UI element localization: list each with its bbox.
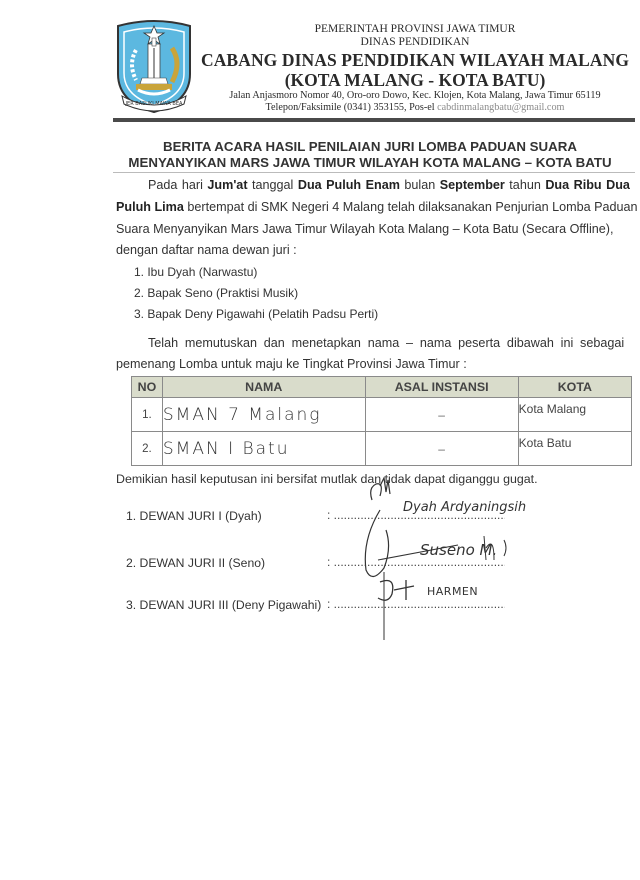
signature-jury-1: Dyah Ardyaningsih — [403, 500, 526, 515]
letterhead-contact: Telepon/Faksimile (0341) 353155, Pos-el … — [200, 102, 630, 113]
contact-email: cabdinmalangbatu@gmail.com — [437, 102, 564, 113]
cell-asal: – — [365, 398, 518, 432]
cell-nama-handwritten: SMAN 7 Malang — [162, 398, 365, 432]
header-no: NO — [132, 377, 163, 398]
table-header-row: NO NAMA ASAL INSTANSI KOTA — [132, 377, 632, 398]
letterhead-address: Jalan Anjasmoro Nomor 40, Oro-oro Dowo, … — [200, 90, 630, 101]
winners-table: NO NAMA ASAL INSTANSI KOTA 1. SMAN 7 Mal… — [131, 376, 632, 466]
document-title-line-2: MENYANYIKAN MARS JAWA TIMUR WILAYAH KOTA… — [100, 155, 640, 170]
signature-label-jury-3: 3. DEWAN JURI III (Deny Pigawahi) — [126, 598, 321, 612]
signature-jury-2: Suseno M. — [420, 541, 497, 559]
cell-no: 1. — [132, 398, 163, 432]
closing-statement: Demikian hasil keputusan ini bersifat mu… — [116, 472, 538, 486]
document-page: JER BASUKI MAWA BEA PEMERINTAH PROVINSI … — [0, 0, 640, 880]
header-asal-instansi: ASAL INSTANSI — [365, 377, 518, 398]
cell-kota: Kota Batu — [518, 432, 631, 466]
title-divider — [113, 172, 635, 173]
signature-label-jury-2: 2. DEWAN JURI II (Seno) — [126, 556, 265, 570]
table-row: 2. SMAN I Batu – Kota Batu — [132, 432, 632, 466]
letterhead-branch: CABANG DINAS PENDIDIKAN WILAYAH MALANG — [200, 50, 630, 71]
letterhead-government: PEMERINTAH PROVINSI JAWA TIMUR — [200, 23, 630, 35]
cell-kota: Kota Malang — [518, 398, 631, 432]
document-title-line-1: BERITA ACARA HASIL PENILAIAN JURI LOMBA … — [100, 139, 640, 154]
decision-paragraph-line-2: pemenang Lomba untuk maju ke Tingkat Pro… — [116, 357, 467, 371]
opening-paragraph-line-3: Suara Menyanyikan Mars Jawa Timur Wilaya… — [116, 222, 613, 236]
header-kota: KOTA — [518, 377, 631, 398]
cell-nama-handwritten: SMAN I Batu — [162, 432, 365, 466]
letterhead-department: DINAS PENDIDIKAN — [200, 36, 630, 48]
svg-text:JER BASUKI MAWA BEA: JER BASUKI MAWA BEA — [125, 101, 183, 107]
contact-phone: Telepon/Faksimile (0341) 353155, Pos-el — [266, 102, 438, 113]
cell-asal: – — [365, 432, 518, 466]
signature-label-jury-1: 1. DEWAN JURI I (Dyah) — [126, 509, 262, 523]
signature-jury-3: HARMEN — [427, 585, 478, 598]
east-java-coat-of-arms-icon: JER BASUKI MAWA BEA — [112, 18, 196, 114]
opening-paragraph-line-4: dengan daftar nama dewan juri : — [116, 243, 297, 257]
jury-list-item: 3. Bapak Deny Pigawahi (Pelatih Padsu Pe… — [134, 307, 378, 321]
signature-line-jury-3: : ......................................… — [327, 597, 505, 611]
decision-paragraph-line-1: Telah memutuskan dan menetapkan nama – n… — [148, 336, 624, 350]
jury-list-item: 2. Bapak Seno (Praktisi Musik) — [134, 286, 298, 300]
letterhead-divider — [113, 118, 635, 122]
letterhead-region: (KOTA MALANG - KOTA BATU) — [200, 70, 630, 91]
jury-list-item: 1. Ibu Dyah (Narwastu) — [134, 265, 257, 279]
table-row: 1. SMAN 7 Malang – Kota Malang — [132, 398, 632, 432]
opening-paragraph-line-1: Pada hari Jum'at tanggal Dua Puluh Enam … — [148, 178, 630, 192]
header-nama: NAMA — [162, 377, 365, 398]
cell-no: 2. — [132, 432, 163, 466]
opening-paragraph-line-2: Puluh Lima bertempat di SMK Negeri 4 Mal… — [116, 200, 638, 214]
